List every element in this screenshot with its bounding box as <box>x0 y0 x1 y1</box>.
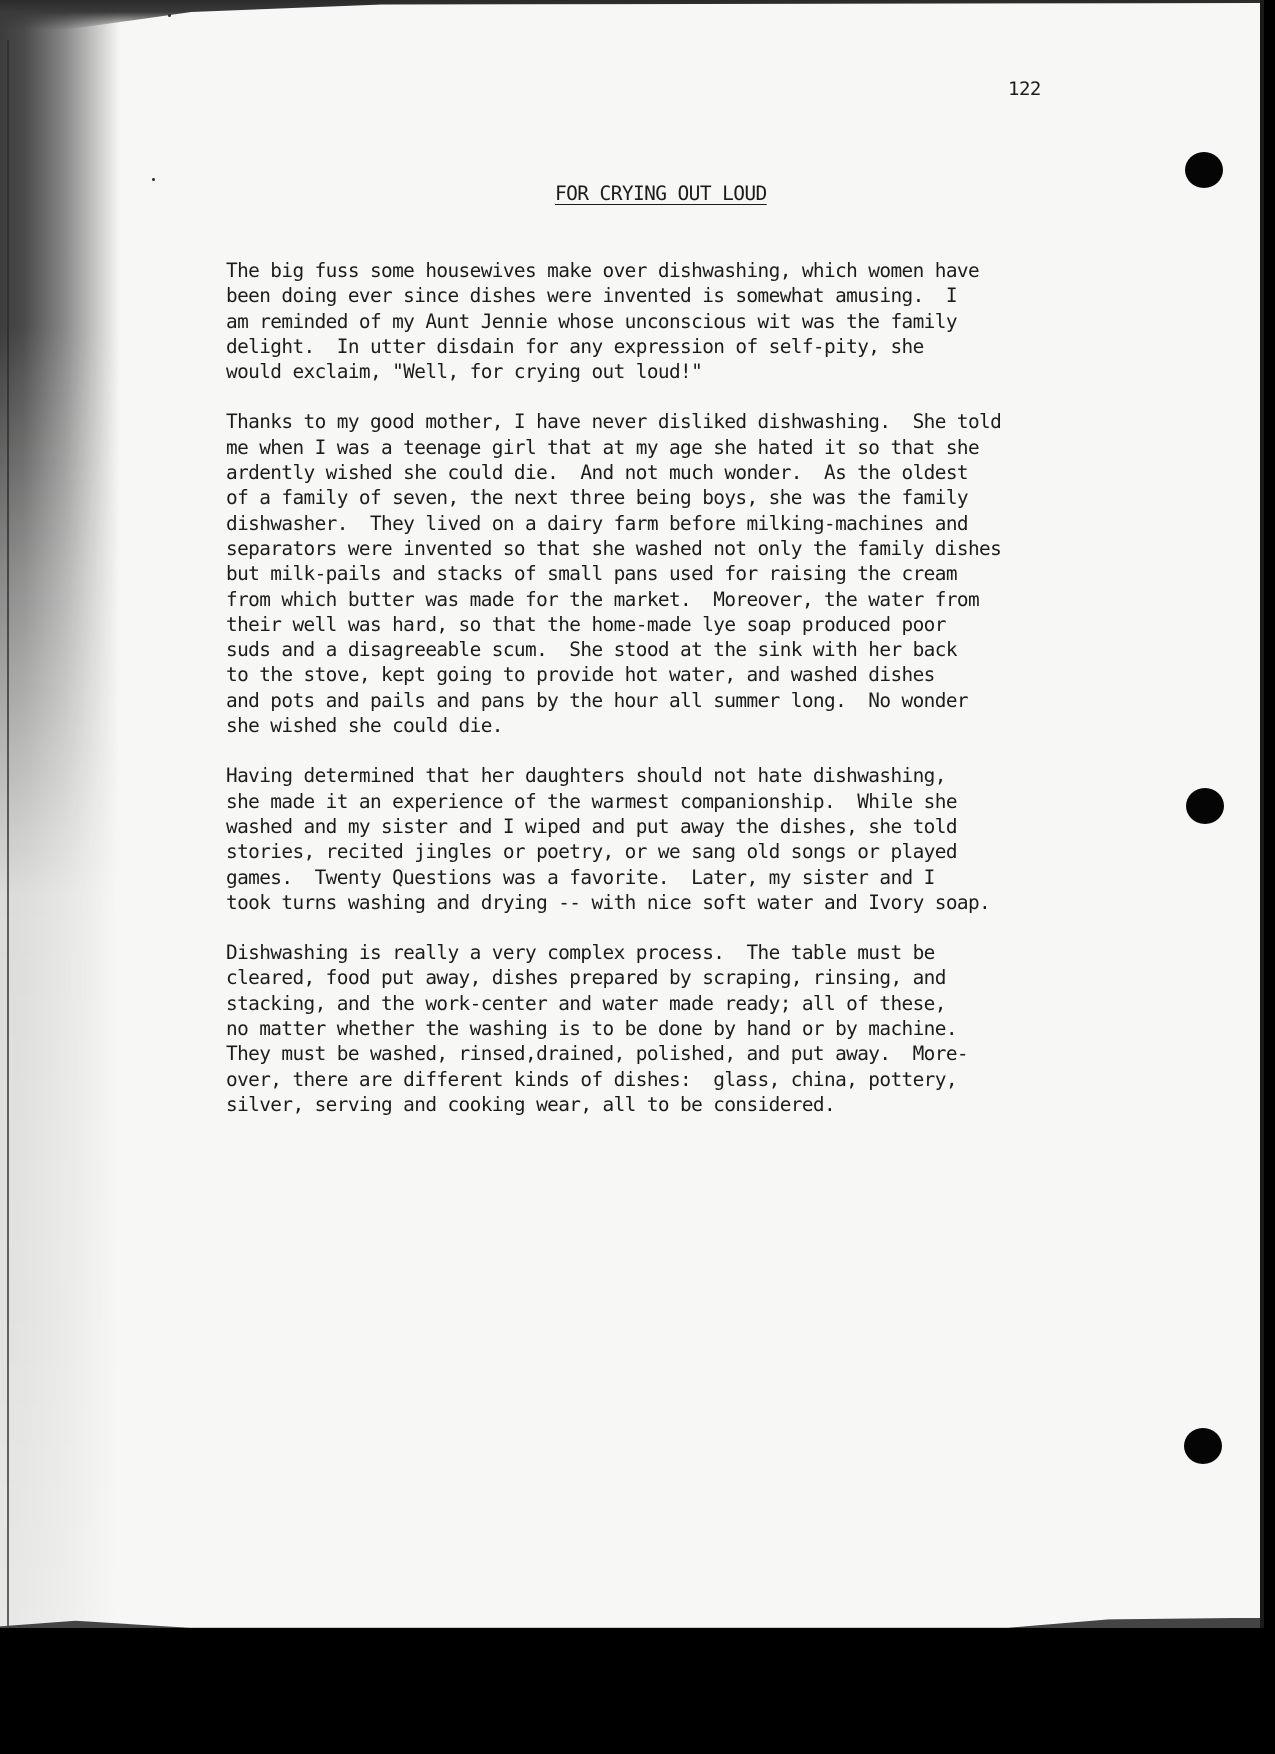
page-edge-line <box>7 40 9 1628</box>
punch-hole-bottom <box>1184 1428 1222 1464</box>
dust-speck <box>152 178 155 181</box>
punch-hole-top <box>1185 152 1223 188</box>
document-body: The big fuss some housewives make over d… <box>226 258 1126 1142</box>
paragraph-2: Thanks to my good mother, I have never d… <box>226 409 1126 738</box>
page-number: 122 <box>1008 78 1041 100</box>
paragraph-4: Dishwashing is really a very complex pro… <box>226 940 1126 1117</box>
dust-speck <box>168 14 171 17</box>
paragraph-1: The big fuss some housewives make over d… <box>226 258 1126 384</box>
document-title: FOR CRYING OUT LOUD <box>555 182 767 205</box>
scanned-page-view: 122 FOR CRYING OUT LOUD The big fuss som… <box>0 0 1275 1754</box>
scanner-shadow-top <box>0 0 1264 30</box>
paragraph-3: Having determined that her daughters sho… <box>226 763 1126 915</box>
page-bottom-curl <box>0 1618 1260 1628</box>
paper-sheet: 122 FOR CRYING OUT LOUD The big fuss som… <box>0 0 1264 1628</box>
binding-shadow <box>0 0 120 1628</box>
punch-hole-middle <box>1186 788 1224 824</box>
